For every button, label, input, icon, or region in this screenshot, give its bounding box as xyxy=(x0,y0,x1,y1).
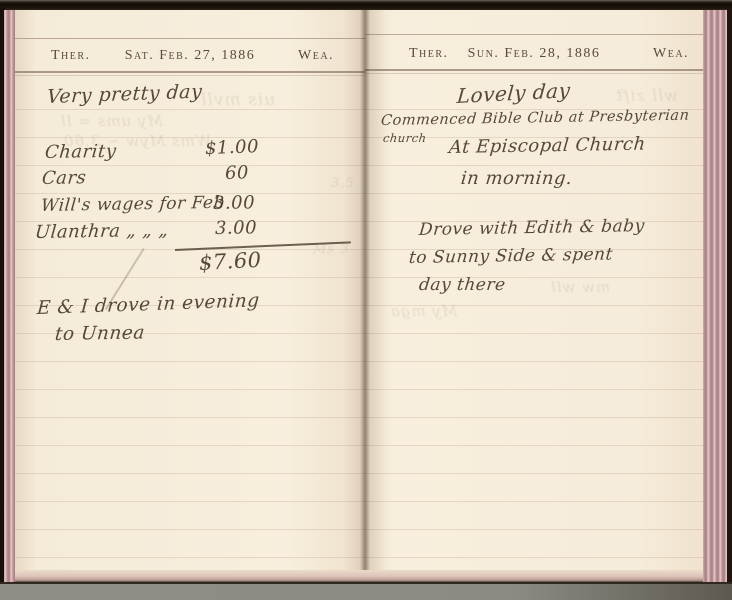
entry-weather-note: Very pretty day xyxy=(46,81,203,108)
bleed-through-mark: My ums = ll xyxy=(60,112,163,130)
entry-evening-note-line2: to Unnea xyxy=(54,322,146,345)
header-rule-bottom-2 xyxy=(365,73,703,74)
expense-label: Cars xyxy=(41,167,87,189)
header-rule-top xyxy=(365,34,703,35)
entry-drive-line2: to Sunny Side & spent xyxy=(408,244,614,268)
entry-weather-note: Lovely day xyxy=(456,78,572,108)
scan-background-bottom xyxy=(0,582,732,600)
header-rule-bottom xyxy=(15,71,365,73)
diary-page-right: Ther. Sun. Feb. 28, 1886 Wea. Lovely day… xyxy=(365,10,703,570)
entry-church-line2: in morning. xyxy=(460,168,573,189)
entry-church-line1: At Episcopal Church xyxy=(448,134,646,158)
header-wea-label: Wea. xyxy=(298,48,334,64)
header-rule-bottom xyxy=(365,69,703,71)
book-cover-right-edge xyxy=(727,8,732,584)
page-edges-right xyxy=(701,10,727,582)
entry-evening-note-line1: E & I drove in evening xyxy=(36,290,260,319)
expense-label: Ulanthra „ „ „ xyxy=(34,220,169,243)
entry-bible-club-insert: church xyxy=(382,131,427,145)
entry-drive-line1: Drove with Edith & baby xyxy=(418,216,645,240)
bleed-through-mark: mw wll xyxy=(550,278,610,296)
diary-page-left: Ther. Sat. Feb. 27, 1886 Wea. Very prett… xyxy=(15,10,365,570)
header-rule-bottom-2 xyxy=(15,75,365,76)
expense-label: Will's wages for Feb xyxy=(40,193,226,216)
page-edges-left xyxy=(4,10,15,582)
entry-drive-line3: day there xyxy=(418,275,507,295)
expense-amount: 3.00 xyxy=(213,192,255,214)
header-wea-label: Wea. xyxy=(653,46,689,62)
entry-bible-club: Commenced Bible Club at Presbyterian xyxy=(380,108,690,129)
expense-amount: 3.00 xyxy=(215,217,257,239)
diary-scan: Ther. Sat. Feb. 27, 1886 Wea. Very prett… xyxy=(0,0,732,600)
bleed-through-mark: uis mvll xyxy=(200,90,275,110)
bleed-through-mark: wll zift xyxy=(615,86,678,105)
expense-amount: $1.00 xyxy=(205,136,260,159)
page-bottom-edges xyxy=(15,570,703,582)
header-rule-top xyxy=(15,38,365,39)
expense-total: $7.60 xyxy=(198,248,262,275)
book-gutter xyxy=(344,10,386,570)
expense-amount: 60 xyxy=(225,162,250,184)
bleed-through-mark: My mga xyxy=(390,302,457,320)
bleed-through-mark: Wms Myw ~ 3.60 xyxy=(63,132,211,150)
